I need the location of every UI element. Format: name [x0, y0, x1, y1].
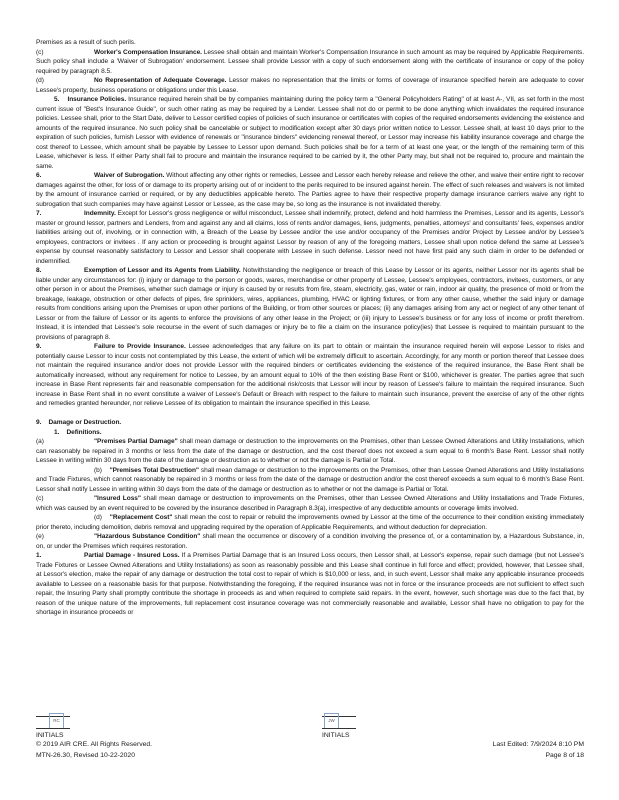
top-line: Premises as a result of such perils. [36, 38, 584, 48]
initials-field-right[interactable]: JW [322, 712, 356, 730]
section-8: 8.Exemption of Lessor and its Agents fro… [36, 266, 584, 342]
page-number: Page 8 of 18 [545, 752, 584, 759]
initials-label-left: INITIALS [36, 732, 64, 739]
copyright: © 2019 AIR CRE. All Rights Reserved. [36, 741, 152, 748]
section-5: 5. Insurance Policies. Insurance require… [36, 95, 584, 171]
definition-e: (e)"Hazardous Substance Condition" shall… [36, 532, 584, 551]
definition-d: (d) "Replacement Cost" shall mean the co… [36, 513, 584, 532]
section-6: 6.Waiver of Subrogation. Without affecti… [36, 171, 584, 209]
section-d: (d)No Representation of Adequate Coverag… [36, 76, 584, 95]
section-title: Insurance Policies. [67, 96, 126, 103]
definition-b: (b) "Premises Total Destruction" shall m… [36, 466, 584, 495]
document-body: Premises as a result of such perils. (c)… [36, 38, 584, 618]
section-title: Waiver of Subrogation. [94, 172, 164, 179]
initials-label-right: INITIALS [322, 732, 350, 739]
initials-field-left[interactable]: RC [36, 712, 70, 730]
definition-a: (a)"Premises Partial Damage" shall mean … [36, 437, 584, 466]
section-title: Failure to Provide Insurance. [94, 343, 186, 350]
initials-box-right[interactable]: JW [324, 713, 339, 729]
section-9: 9.Failure to Provide Insurance. Lessee a… [36, 342, 584, 409]
section-title: Worker's Compensation Insurance. [94, 49, 202, 56]
last-edited: Last Edited: 7/9/2024 8:10 PM [493, 741, 584, 748]
section-7: 7.Indemnity. Except for Lessor's gross n… [36, 209, 584, 266]
section-title: Exemption of Lessor and its Agents from … [84, 267, 241, 274]
section-title: Indemnity. [84, 210, 116, 217]
initials-box-left[interactable]: RC [49, 713, 64, 729]
definitions-heading: 1. Definitions. [36, 428, 584, 438]
section-c: (c)Worker's Compensation Insurance. Less… [36, 48, 584, 77]
partial-damage: 1.Partial Damage - Insured Loss. If a Pr… [36, 551, 584, 618]
damage-heading: 9. Damage or Destruction. [36, 418, 584, 428]
form-id: MTN-26.30, Revised 10-22-2020 [36, 752, 135, 759]
section-title: No Representation of Adequate Coverage. [94, 77, 226, 84]
definition-c: (c)"Insured Loss" shall mean damage or d… [36, 494, 584, 513]
